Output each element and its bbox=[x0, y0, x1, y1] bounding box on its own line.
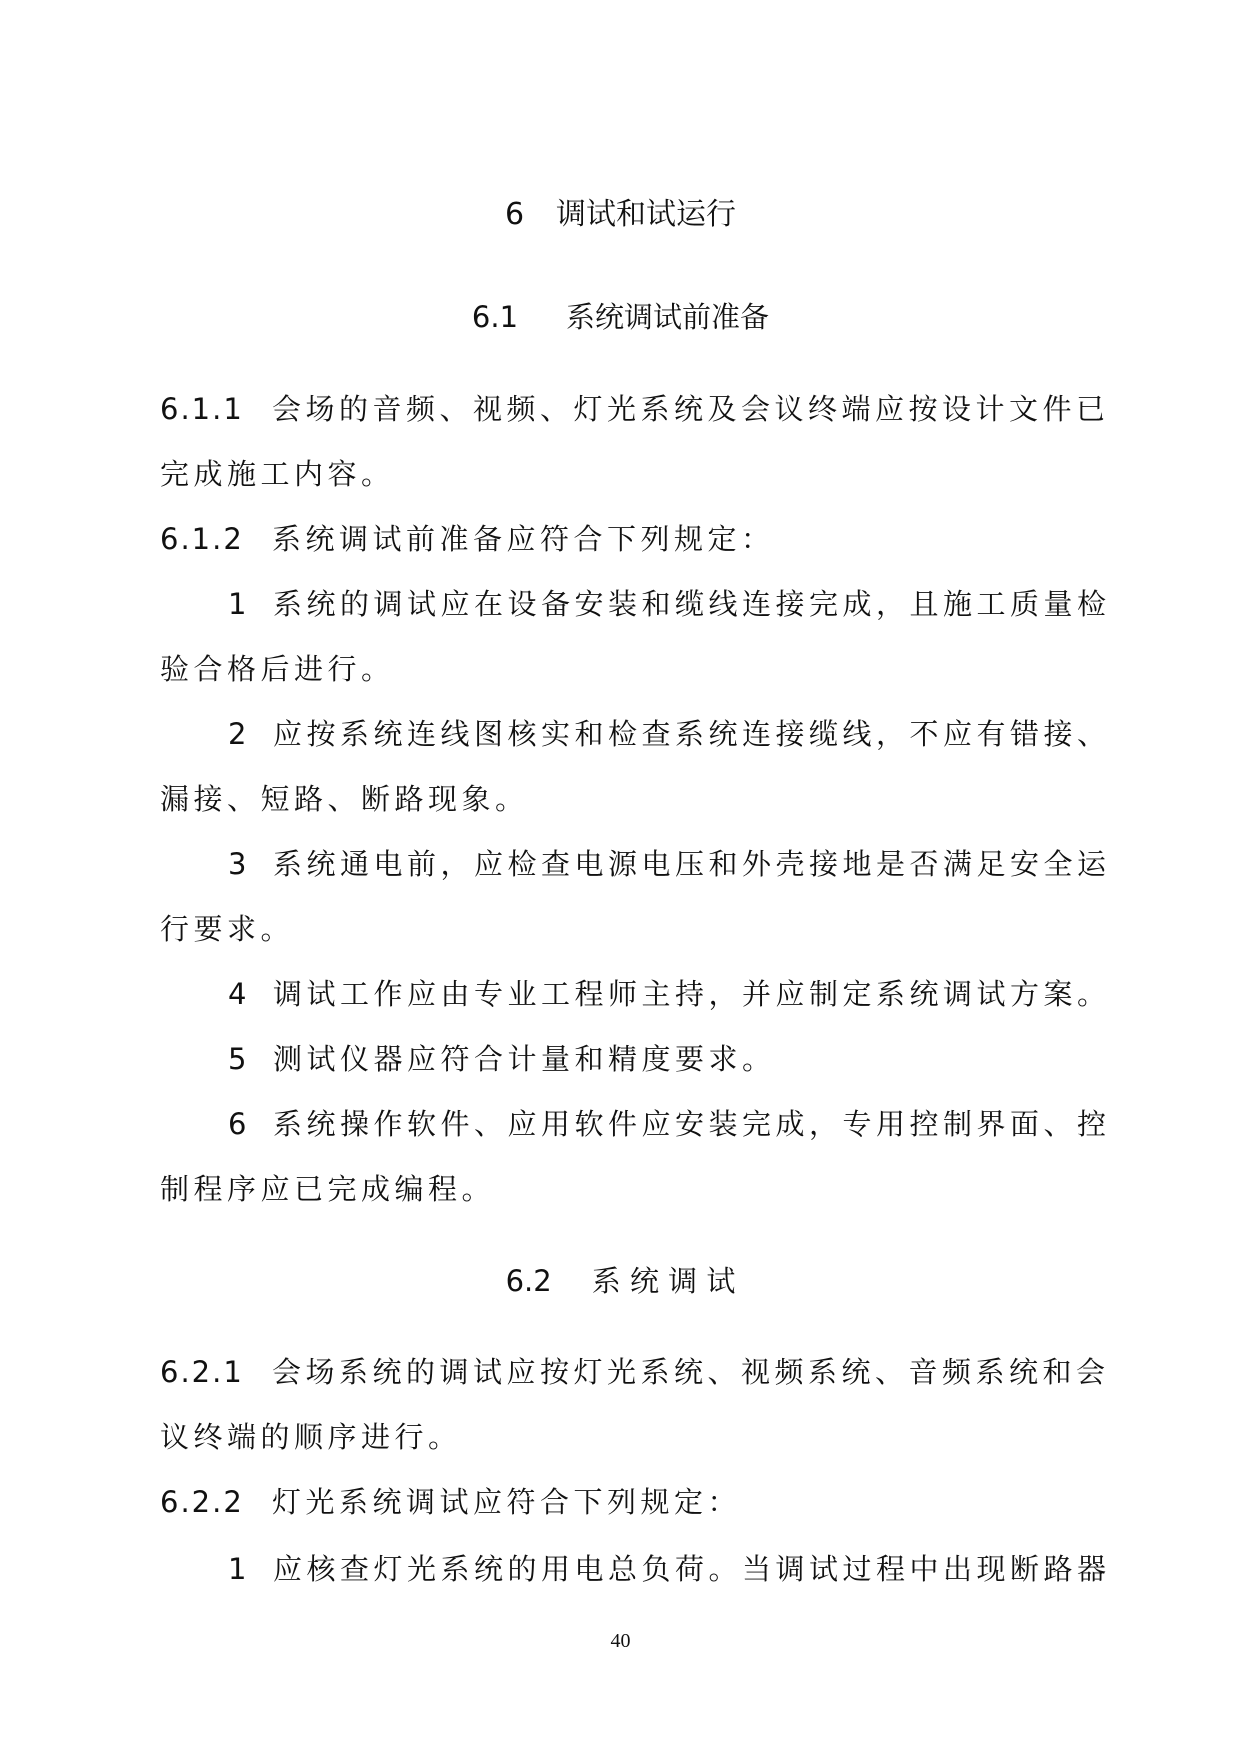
list-item: 5测试仪器应符合计量和精度要求。 bbox=[160, 1041, 1076, 1077]
section-heading: 6.1系统调试前准备 bbox=[0, 299, 1241, 335]
item-text: 应核查灯光系统的用电总负荷。当调试过程中出现断路器 bbox=[273, 1552, 1111, 1586]
section-heading: 6.2系 统 调 试 bbox=[0, 1263, 1241, 1299]
clause-number: 6.1.2 bbox=[160, 521, 272, 557]
item-number: 6 bbox=[228, 1106, 273, 1142]
item-number: 4 bbox=[228, 976, 273, 1012]
clause-number: 6.1.1 bbox=[160, 391, 272, 427]
clause-6-2-1: 6.2.1会场系统的调试应按灯光系统、视频系统、音频系统和会 bbox=[160, 1354, 1076, 1390]
clause-6-2-2: 6.2.2灯光系统调试应符合下列规定： bbox=[160, 1484, 1076, 1520]
chapter-heading: 6调试和试运行 bbox=[0, 197, 1241, 233]
clause-text: 会场的音频、视频、灯光系统及会议终端应按设计文件已 bbox=[272, 392, 1110, 426]
item-number: 1 bbox=[228, 1551, 273, 1587]
list-item: 2应按系统连线图核实和检查系统连接缆线，不应有错接、 bbox=[160, 716, 1076, 752]
item-number: 2 bbox=[228, 716, 273, 752]
clause-6-1-2: 6.1.2系统调试前准备应符合下列规定： bbox=[160, 521, 1076, 557]
list-item: 1应核查灯光系统的用电总负荷。当调试过程中出现断路器 bbox=[160, 1551, 1076, 1587]
item-number: 3 bbox=[228, 846, 273, 882]
clause-6-1-1: 6.1.1会场的音频、视频、灯光系统及会议终端应按设计文件已 bbox=[160, 391, 1076, 427]
item-text: 调试工作应由专业工程师主持，并应制定系统调试方案。 bbox=[273, 977, 1111, 1011]
list-item: 4调试工作应由专业工程师主持，并应制定系统调试方案。 bbox=[160, 976, 1076, 1012]
clause-text: 系统调试前准备应符合下列规定： bbox=[272, 522, 775, 556]
list-item: 6系统操作软件、应用软件应安装完成，专用控制界面、控 bbox=[160, 1106, 1076, 1142]
clause-text: 会场系统的调试应按灯光系统、视频系统、音频系统和会 bbox=[272, 1355, 1110, 1389]
item-text: 系统操作软件、应用软件应安装完成，专用控制界面、控 bbox=[273, 1107, 1111, 1141]
chapter-number: 6 bbox=[505, 197, 524, 232]
page-number: 40 bbox=[0, 1630, 1241, 1653]
list-item: 3系统通电前，应检查电源电压和外壳接地是否满足安全运 bbox=[160, 846, 1076, 882]
clause-number: 6.2.1 bbox=[160, 1354, 272, 1390]
clause-number: 6.2.2 bbox=[160, 1484, 272, 1520]
item-text: 测试仪器应符合计量和精度要求。 bbox=[273, 1042, 776, 1076]
clause-text-continued: 完成施工内容。 bbox=[160, 456, 1076, 492]
section-number: 6.1 bbox=[472, 300, 518, 334]
section-number: 6.2 bbox=[506, 1264, 552, 1298]
clause-text-continued: 议终端的顺序进行。 bbox=[160, 1419, 1076, 1455]
chapter-title: 调试和试运行 bbox=[556, 197, 736, 232]
section-title: 系 统 调 试 bbox=[592, 1264, 736, 1298]
item-text-continued: 验合格后进行。 bbox=[160, 651, 1076, 687]
item-text-continued: 行要求。 bbox=[160, 911, 1076, 947]
item-number: 5 bbox=[228, 1041, 273, 1077]
item-number: 1 bbox=[228, 586, 273, 622]
clause-text: 灯光系统调试应符合下列规定： bbox=[272, 1485, 741, 1519]
item-text: 系统的调试应在设备安装和缆线连接完成，且施工质量检 bbox=[273, 587, 1111, 621]
section-title: 系统调试前准备 bbox=[566, 300, 769, 334]
list-item: 1系统的调试应在设备安装和缆线连接完成，且施工质量检 bbox=[160, 586, 1076, 622]
item-text: 系统通电前，应检查电源电压和外壳接地是否满足安全运 bbox=[273, 847, 1111, 881]
item-text: 应按系统连线图核实和检查系统连接缆线，不应有错接、 bbox=[273, 717, 1111, 751]
item-text-continued: 制程序应已完成编程。 bbox=[160, 1171, 1076, 1207]
item-text-continued: 漏接、短路、断路现象。 bbox=[160, 781, 1076, 817]
